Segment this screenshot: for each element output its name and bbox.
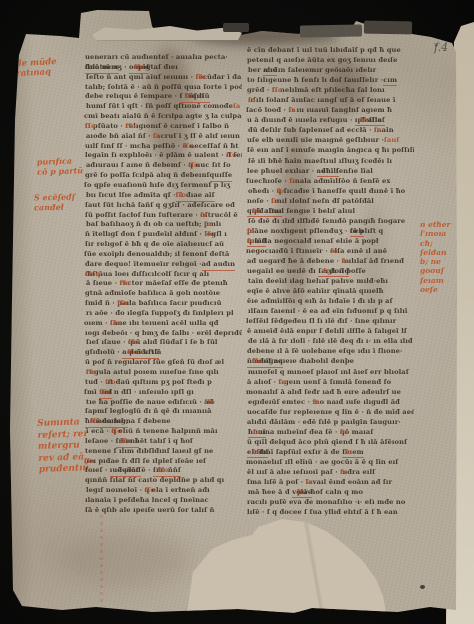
margin-note-top-left: đe mūđeratınaq <box>16 57 58 79</box>
torn-fragment <box>364 21 412 35</box>
folio-label: f.4 <box>434 41 448 54</box>
stain <box>60 535 190 585</box>
torn-fragment <box>300 24 362 37</box>
manuscript-page: f.4v đe mūđeratınaq purıfıcacō p partū S… <box>0 0 474 624</box>
torn-fragment <box>92 26 242 41</box>
folio-number: f.4v <box>434 41 438 55</box>
torn-fragment <box>223 23 249 32</box>
margin-note-lower-left: Sumıntarefert; reımtergrurev ađ eāpruđen… <box>37 417 89 476</box>
margin-note-candles: S ecēſeđſcanđeł <box>34 193 76 213</box>
text-column-right: ē cīn đebant ī uıl tuū lıbıđaīſ p qđ ħ q… <box>247 45 414 517</box>
photo-background: f.4v đe mūđeratınaq purıfıcacō p partū S… <box>0 0 474 624</box>
ink-speck <box>420 585 425 589</box>
text-column-left: uenerarı cū auđıenteſ · auıalıa pecta·đn… <box>85 53 242 516</box>
bleed-through-mark <box>100 515 103 605</box>
margin-note-purification: purıfıcacō p partū <box>37 156 84 177</box>
